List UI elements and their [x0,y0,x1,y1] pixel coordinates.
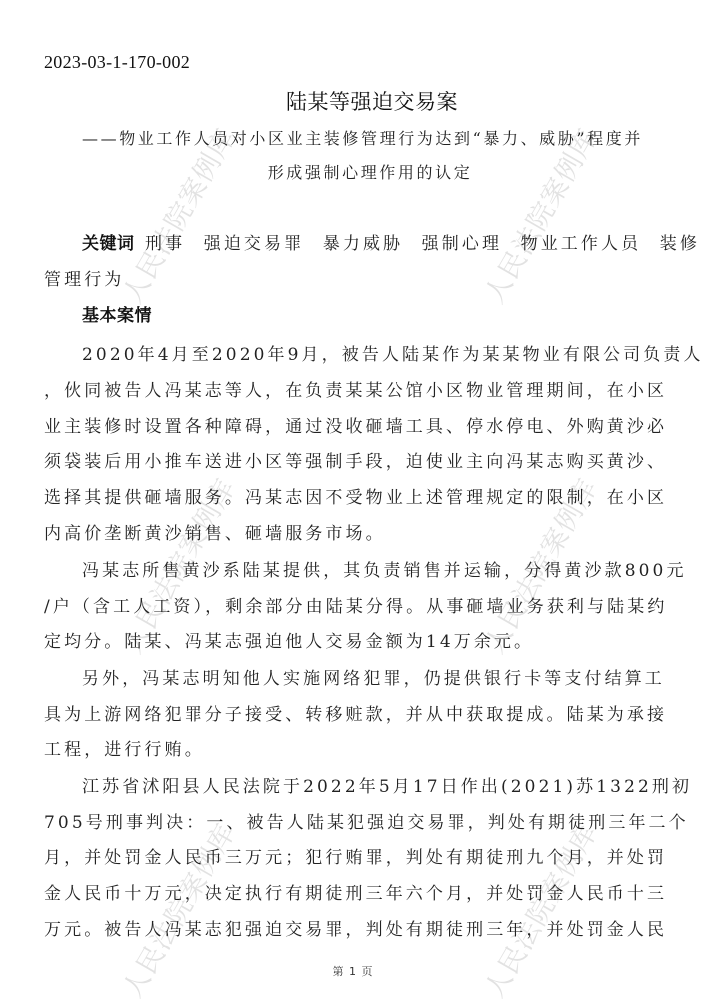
case-number: 2023-03-1-170-002 [44,52,190,73]
keyword: 强迫交易罪 [204,234,305,254]
body-text-line: ，伙同被告人冯某志等人，在负责某某公馆小区物业管理期间，在小区 [44,376,667,401]
document-content: 2023-03-1-170-002 陆某等强迫交易案 ——物业工作人员对小区业主… [0,0,706,999]
body-text-line: 业主装修时设置各种障碍，通过没收砸墙工具、停水停电、外购黄沙必 [44,412,667,437]
subtitle-line-2: 形成强制心理作用的认定 [0,160,706,183]
body-text-line: 另外，冯某志明知他人实施网络犯罪，仍提供银行卡等支付结算工 [82,664,665,689]
body-text-line: 定均分。陆某、冯某志强迫他人交易金额为14万余元。 [44,627,534,652]
body-text-line: 冯某志所售黄沙系陆某提供，其负责销售并运输，分得黄沙款800元 [82,556,687,581]
body-text-line: 月，并处罚金人民币三万元；犯行贿罪，判处有期徒刑九个月，并处罚 [44,843,667,868]
page-number: 第 1 页 [0,963,706,979]
keyword: 刑事 [145,234,185,254]
keyword: 暴力威胁 [323,234,403,254]
body-text-line: 具为上游网络犯罪分子接受、转移赃款，并从中获取提成。陆某为承接 [44,700,667,725]
document-title: 陆某等强迫交易案 [0,86,706,116]
body-text-line: /户（含工人工资），剩余部分由陆某分得。从事砸墙业务获利与陆某约 [44,592,667,617]
keyword: 装修 [660,234,700,254]
body-text-line: 选择其提供砸墙服务。冯某志因不受物业上述管理规定的限制，在小区 [44,483,667,508]
body-text-line: 2020年4月至2020年9月，被告人陆某作为某某物业有限公司负责人 [82,340,704,365]
body-text-line: 工程，进行行贿。 [44,735,205,760]
body-text-line: 江苏省沭阳县人民法院于2022年5月17日作出(2021)苏1322刑初 [82,772,692,797]
subtitle-line-1: ——物业工作人员对小区业主装修管理行为达到“暴力、威胁”程度并 [82,126,643,149]
body-text-line: 内高价垄断黄沙销售、砸墙服务市场。 [44,519,386,544]
body-text-line: 须袋装后用小推车送进小区等强制手段，迫使业主向冯某志购买黄沙、 [44,447,667,472]
keywords-line: 关键词 刑事 强迫交易罪 暴力威胁 强制心理 物业工作人员 装修 [82,229,700,254]
body-text-line: 金人民币十万元，决定执行有期徒刑三年六个月，并处罚金人民币十三 [44,879,667,904]
keywords-label: 关键词 [82,234,135,254]
keyword: 强制心理 [422,234,502,254]
section-heading: 基本案情 [82,301,152,326]
keywords-continuation: 管理行为 [44,265,124,290]
document-page: 人民法院案例库 人民法院案例库 人民法院案例库 人民法院案例库 人民法院案例库 … [0,0,706,999]
subtitle-line-2-text: 形成强制心理作用的认定 [268,160,473,183]
body-text-line: 705号刑事判决：一、被告人陆某犯强迫交易罪，判处有期徒刑三年二个 [44,808,689,833]
body-text-line: 万元。被告人冯某志犯强迫交易罪，判处有期徒刑三年，并处罚金人民 [44,915,667,940]
keyword: 物业工作人员 [521,234,642,254]
